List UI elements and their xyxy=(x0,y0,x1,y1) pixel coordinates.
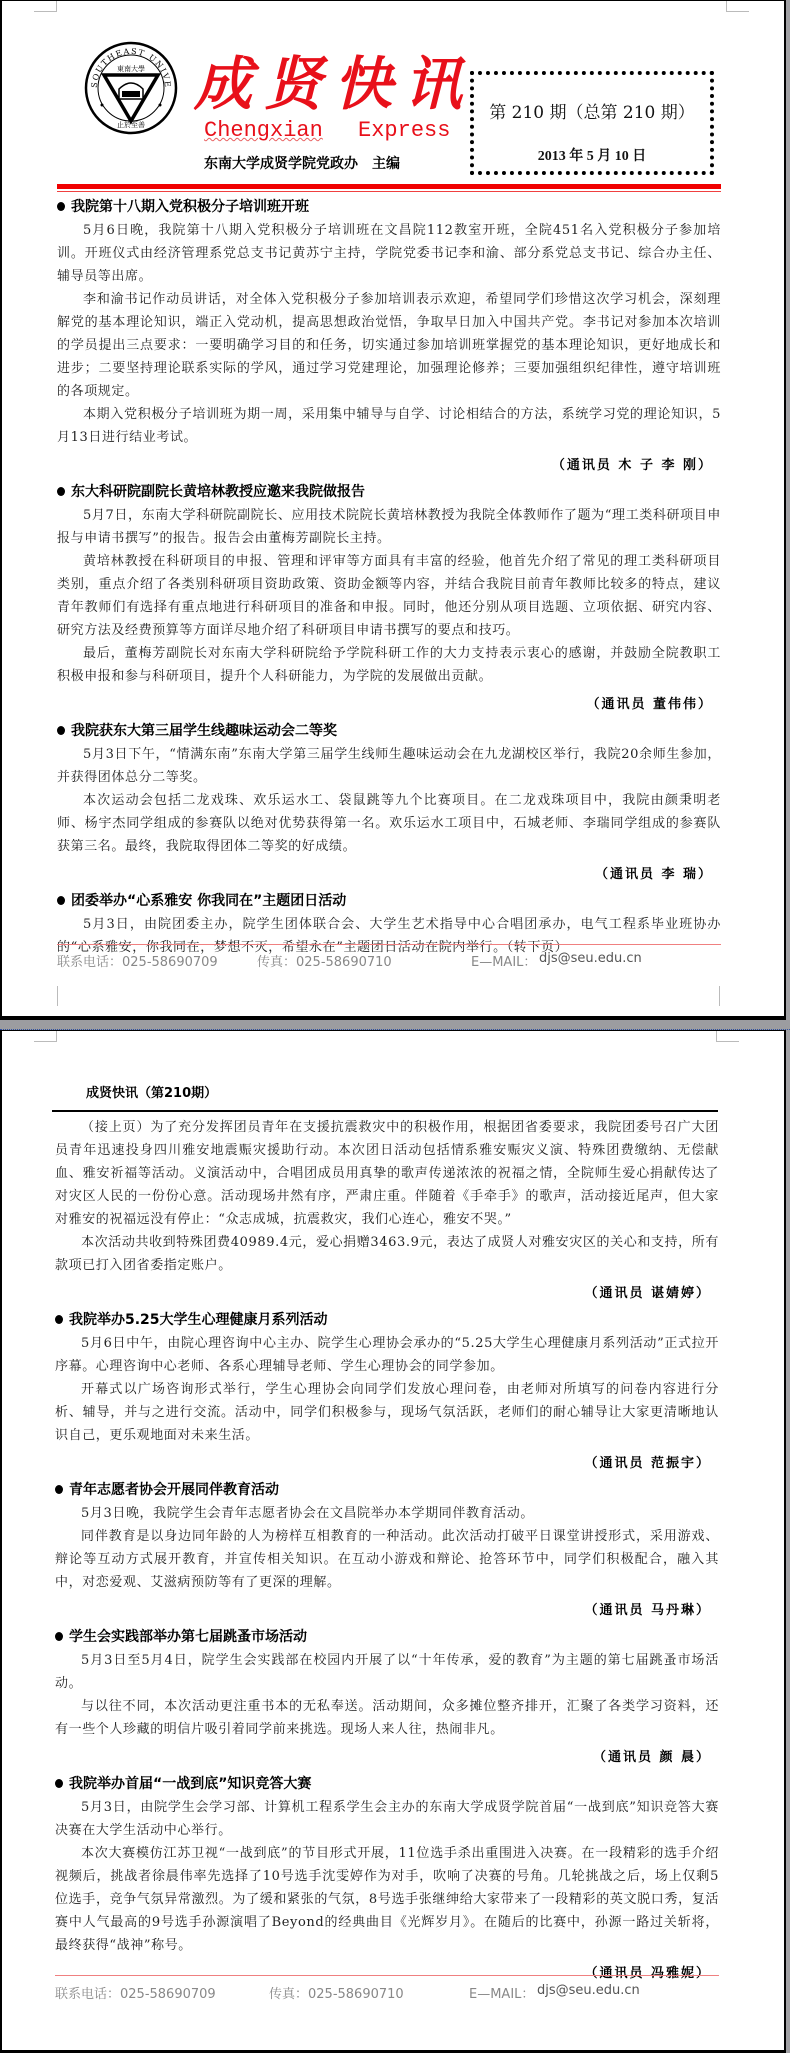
news-article: 学生会实践部举办第七届跳蚤市场活动5月3日至5月4日，院学生会实践部在校园内开展… xyxy=(55,1625,719,1770)
article-paragraph: 与以往不同，本次活动更注重书本的无私奉送。活动期间，众多摊位整齐排开，汇聚了各类… xyxy=(55,1695,719,1741)
article-title: 我院获东大第三届学生线趣味运动会二等奖 xyxy=(57,719,721,743)
article-paragraph: 5月6日中午，由院心理咨询中心主办、院学生心理协会承办的“5.25大学生心理健康… xyxy=(55,1332,719,1378)
footer-email-label: E—MAIL： xyxy=(469,1983,534,2002)
bullet-icon xyxy=(55,1632,63,1641)
article-byline: （通讯员 木 子 李 刚） xyxy=(57,454,721,478)
article-byline: （通讯员 李 瑞） xyxy=(57,863,721,887)
page2-content: （接上页）为了充分发挥团员青年在支援抗震救灾中的积极作用，根据团省委要求，我院团… xyxy=(55,1116,719,1988)
bullet-icon xyxy=(55,1315,63,1324)
footer-rule xyxy=(55,1975,719,1976)
article-paragraph: 5月6日晚，我院第十八期入党积极分子培训班在文昌院112教室开班，全院451名入… xyxy=(57,219,721,288)
article-paragraph: 5月7日，东南大学科研院副院长、应用技术院院长黄培林教授为我院全体教师作了题为“… xyxy=(57,504,721,550)
article-paragraph: 5月3日下午，“情满东南”东南大学第三届学生线师生趣味运动会在九龙湖校区举行，我… xyxy=(57,743,721,789)
article-paragraph: 本次运动会包括二龙戏珠、欢乐运水工、袋鼠跳等九个比赛项目。在二龙戏珠项目中，我院… xyxy=(57,789,721,858)
news-article: （接上页）为了充分发挥团员青年在支援抗震救灾中的积极作用，根据团省委要求，我院团… xyxy=(55,1116,719,1306)
crop-mark xyxy=(719,986,721,1006)
masthead-english-right: Express xyxy=(358,118,450,143)
footer-email: djs@seu.edu.cn xyxy=(537,1983,640,1998)
news-article: 我院举办首届“一战到底”知识竞答大赛5月3日，由院学生会学习部、计算机工程系学生… xyxy=(55,1772,719,1986)
running-head: 成贤快讯（第210期） xyxy=(86,1082,217,1101)
news-article: 青年志愿者协会开展同伴教育活动5月3日晚，我院学生会青年志愿者协会在文昌院举办本… xyxy=(55,1478,719,1623)
issue-number: 第 210 期（总第 210 期） xyxy=(474,98,710,123)
footer-email: djs@seu.edu.cn xyxy=(539,951,642,966)
document-page-1: SOUTHEAST UNIVERSITY 東南大學 止於至善 成贤快讯 Chen… xyxy=(0,0,786,1020)
publisher: 东南大学成贤学院党政办 主编 xyxy=(204,153,400,173)
crop-mark xyxy=(716,1031,739,1042)
svg-text:止於至善: 止於至善 xyxy=(117,120,145,129)
news-article: 我院举办5.25大学生心理健康月系列活动5月6日中午，由院心理咨询中心主办、院学… xyxy=(55,1308,719,1476)
masthead-title: 成贤快讯 xyxy=(194,51,474,117)
southeast-university-seal-icon: SOUTHEAST UNIVERSITY 東南大學 止於至善 xyxy=(84,41,178,135)
article-title: 学生会实践部举办第七届跳蚤市场活动 xyxy=(55,1625,719,1649)
article-byline: （通讯员 谌婧婷） xyxy=(55,1282,719,1306)
bullet-icon xyxy=(55,1779,63,1788)
bullet-icon xyxy=(57,726,65,735)
news-article: 我院获东大第三届学生线趣味运动会二等奖5月3日下午，“情满东南”东南大学第三届学… xyxy=(57,719,721,887)
article-title-text: 我院第十八期入党积极分子培训班开班 xyxy=(71,199,309,215)
bullet-icon xyxy=(57,202,65,211)
article-paragraph: 5月3日至5月4日，院学生会实践部在校园内开展了以“十年传承，爱的教育”为主题的… xyxy=(55,1649,719,1695)
article-paragraph: （接上页）为了充分发挥团员青年在支援抗震救灾中的积极作用，根据团省委要求，我院团… xyxy=(55,1116,719,1231)
news-article: 东大科研院副院长黄培林教授应邀来我院做报告5月7日，东南大学科研院副院长、应用技… xyxy=(57,480,721,717)
bullet-icon xyxy=(57,896,65,905)
article-title: 我院举办首届“一战到底”知识竞答大赛 xyxy=(55,1772,719,1796)
article-title: 青年志愿者协会开展同伴教育活动 xyxy=(55,1478,719,1502)
issue-box: 第 210 期（总第 210 期） 2013 年 5 月 10 日 xyxy=(470,71,714,175)
article-title: 东大科研院副院长黄培林教授应邀来我院做报告 xyxy=(57,480,721,504)
article-paragraph: 同伴教育是以身边同年龄的人为榜样互相教育的一种活动。此次活动打破平日课堂讲授形式… xyxy=(55,1525,719,1594)
article-paragraph: 李和渝书记作动员讲话，对全体入党积极分子参加培训表示欢迎，希望同学们珍惜这次学习… xyxy=(57,288,721,403)
crop-mark xyxy=(34,1031,57,1042)
masthead-english-title: Chengxian Express xyxy=(204,118,450,143)
article-title: 我院第十八期入党积极分子培训班开班 xyxy=(57,195,721,219)
article-paragraph: 5月3日晚，我院学生会青年志愿者协会在文昌院举办本学期同伴教育活动。 xyxy=(55,1502,719,1525)
article-paragraph: 本期入党积极分子培训班为期一周，采用集中辅导与自学、讨论相结合的方法，系统学习党… xyxy=(57,403,721,449)
article-title: 我院举办5.25大学生心理健康月系列活动 xyxy=(55,1308,719,1332)
footer-phone: 联系电话：025-58690709 xyxy=(55,1983,216,2002)
article-title-text: 东大科研院副院长黄培林教授应邀来我院做报告 xyxy=(71,484,365,500)
article-byline: （通讯员 颜 晨） xyxy=(55,1746,719,1770)
bullet-icon xyxy=(55,1485,63,1494)
article-title: 团委举办“心系雅安 你我同在”主题团日活动 xyxy=(57,889,721,913)
article-paragraph: 最后，董梅芳副院长对东南大学科研院给予学院科研工作的大力支持表示衷心的感谢，并鼓… xyxy=(57,642,721,688)
footer-email-label: E—MAIL： xyxy=(471,951,536,970)
article-byline: （通讯员 马丹琳） xyxy=(55,1599,719,1623)
article-title-text: 青年志愿者协会开展同伴教育活动 xyxy=(69,1482,279,1498)
crop-mark xyxy=(726,1,749,12)
article-paragraph: 本次大赛模仿江苏卫视“一战到底”的节目形式开展，11位选手杀出重围进入决赛。在一… xyxy=(55,1842,719,1957)
article-byline: （通讯员 范振宇） xyxy=(55,1452,719,1476)
article-title-text: 学生会实践部举办第七届跳蚤市场活动 xyxy=(69,1629,307,1645)
article-byline: （通讯员 董伟伟） xyxy=(57,693,721,717)
article-paragraph: 5月3日，由院学生会学习部、计算机工程系学生会主办的东南大学成贤学院首届“一战到… xyxy=(55,1796,719,1842)
crop-mark xyxy=(56,986,58,1006)
svg-text:東南大學: 東南大學 xyxy=(117,64,145,73)
footer-fax: 传真：025-58690710 xyxy=(269,1983,404,2002)
bullet-icon xyxy=(57,487,65,496)
footer-phone: 联系电话：025-58690709 xyxy=(57,951,218,970)
news-article: 团委举办“心系雅安 你我同在”主题团日活动5月3日，由院团委主办，院学生团体联合… xyxy=(57,889,721,959)
crop-mark xyxy=(34,1,57,12)
article-title-text: 我院举办5.25大学生心理健康月系列活动 xyxy=(69,1312,328,1328)
article-paragraph: 开幕式以广场咨询形式举行，学生心理协会向同学们发放心理问卷，由老师对所填写的问卷… xyxy=(55,1378,719,1447)
masthead-rule xyxy=(57,184,721,192)
article-title-text: 团委举办“心系雅安 你我同在”主题团日活动 xyxy=(71,893,346,909)
page-gap xyxy=(0,1020,790,1030)
issue-date: 2013 年 5 月 10 日 xyxy=(474,145,710,165)
footer-rule xyxy=(57,944,721,945)
masthead-english-left: Chengxian xyxy=(204,118,323,143)
news-article: 我院第十八期入党积极分子培训班开班5月6日晚，我院第十八期入党积极分子培训班在文… xyxy=(57,195,721,478)
article-title-text: 我院获东大第三届学生线趣味运动会二等奖 xyxy=(71,723,337,739)
article-paragraph: 本次活动共收到特殊团费40989.4元，爱心捐赠3463.9元，表达了成贤人对雅… xyxy=(55,1231,719,1277)
article-title-text: 我院举办首届“一战到底”知识竞答大赛 xyxy=(69,1776,311,1792)
running-head-rule xyxy=(52,1110,718,1112)
footer-fax: 传真：025-58690710 xyxy=(257,951,392,970)
article-paragraph: 黄培林教授在科研项目的申报、管理和评审等方面具有丰富的经验，他首先介绍了常见的理… xyxy=(57,550,721,642)
page1-content: 我院第十八期入党积极分子培训班开班5月6日晚，我院第十八期入党积极分子培训班在文… xyxy=(57,195,721,959)
